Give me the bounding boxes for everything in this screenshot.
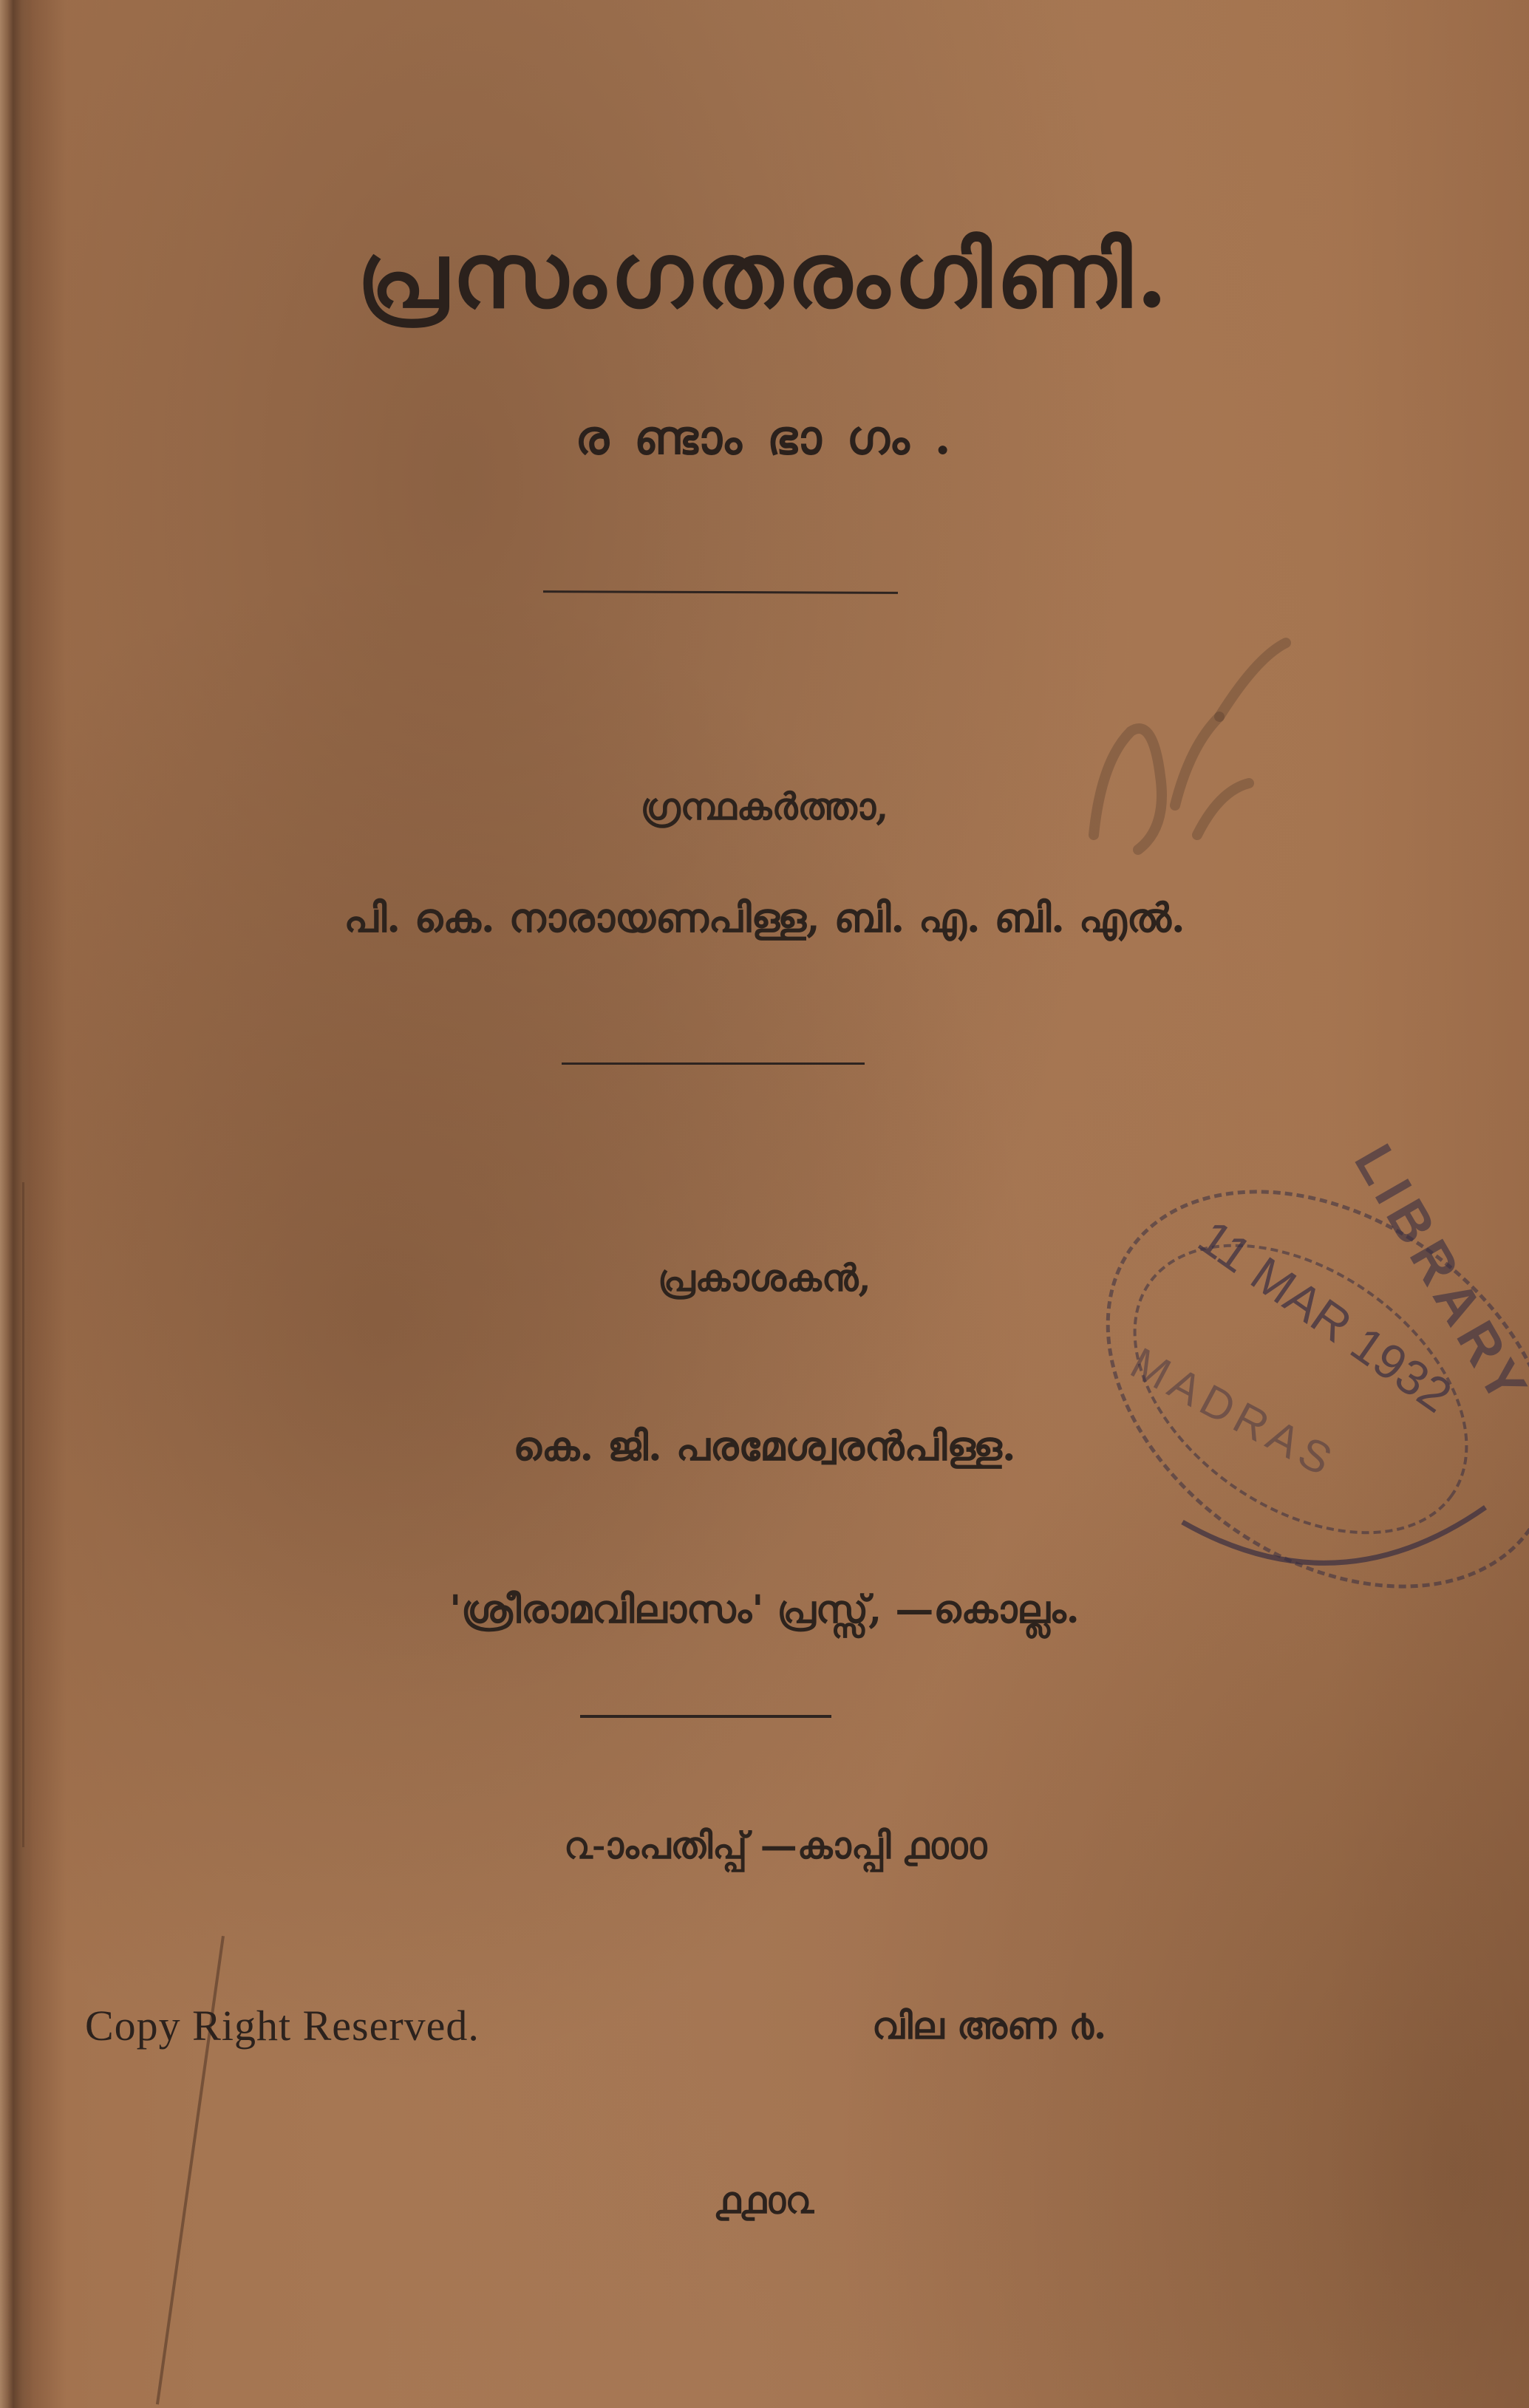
divider-rule xyxy=(543,590,898,594)
publication-year: ൧൧൦൨ xyxy=(0,2178,1529,2223)
pencil-smudge-mark xyxy=(1049,613,1315,879)
book-title: പ്രസംഗതരംഗിണി. xyxy=(0,222,1529,330)
book-subtitle: രണ്ടാംഭാഗം. xyxy=(0,410,1529,465)
title-page: പ്രസംഗതരംഗിണി. രണ്ടാംഭാഗം. ഗ്രന്ഥകർത്താ,… xyxy=(0,0,1529,2408)
publisher-name: കെ. ജി. പരമേശ്വരൻപിള്ള. xyxy=(0,1422,1529,1470)
stamp-date: 11 MAR 1932 xyxy=(1189,1210,1462,1423)
divider-rule xyxy=(580,1715,831,1718)
edition-info: ൨-ാംപതിപ്പ് —കാപ്പി ൧൦൦൦ xyxy=(0,1824,1529,1868)
divider-rule xyxy=(562,1063,865,1065)
library-date-stamp: 11 MAR 1932 LIBRARY MADRAS xyxy=(983,1108,1529,1640)
publisher-label: പ്രകാശകൻ, xyxy=(0,1256,1529,1300)
copyright-notice: Copy Right Reserved. xyxy=(85,2001,480,2050)
page-binding-edge xyxy=(0,0,33,2408)
press-name: 'ശ്രീരാമവിലാസം' പ്രസ്സ്, —കൊല്ലം. xyxy=(0,1587,1529,1633)
author-name: പി. കെ. നാരായണപിള്ള, ബി. എ. ബി. എൽ. xyxy=(0,894,1529,942)
price-label: വില അണ ൪. xyxy=(872,2004,1106,2048)
author-label: ഗ്രന്ഥകർത്താ, xyxy=(0,785,1529,829)
